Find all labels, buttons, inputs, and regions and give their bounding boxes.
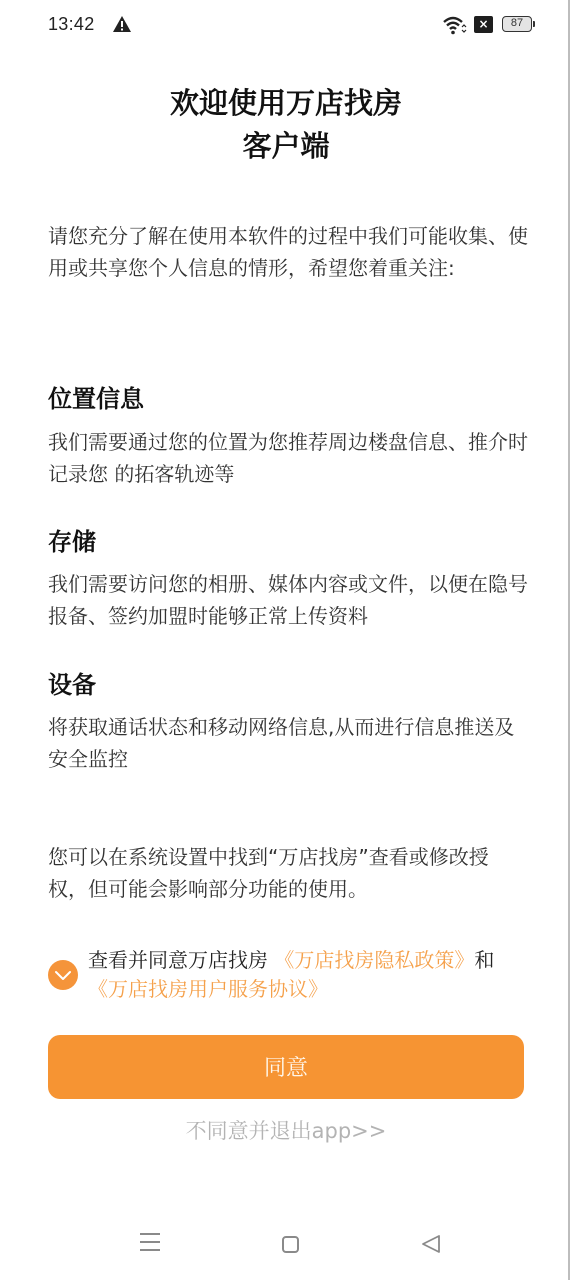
battery-tip [533, 21, 535, 27]
consent-text: 查看并同意万店找房 《万店找房隐私政策》和《万店找房用户服务协议》 [88, 946, 528, 1004]
privacy-policy-link[interactable]: 《万店找房隐私政策》 [274, 948, 474, 972]
decline-exit-link[interactable]: 不同意并退出app>> [0, 1116, 572, 1146]
page-title: 欢迎使用万店找房 客户端 [0, 82, 572, 168]
consent-prefix: 查看并同意万店找房 [88, 948, 274, 972]
status-bar: 13:42 × 87 [0, 0, 572, 52]
battery-icon: 87 [502, 16, 532, 32]
screen-edge-divider [568, 0, 570, 1280]
section-title-storage: 存储 [48, 527, 96, 557]
consent-joiner: 和 [474, 948, 494, 972]
page-title-line2: 客户端 [0, 125, 572, 168]
back-icon[interactable] [421, 1234, 441, 1254]
settings-note: 您可以在系统设置中找到“万店找房”查看或修改授权，但可能会影响部分功能的使用。 [48, 841, 528, 905]
check-icon [55, 969, 71, 981]
section-body-device: 将获取通话状态和移动网络信息,从而进行信息推送及安全监控 [48, 711, 528, 775]
agree-button[interactable]: 同意 [48, 1035, 524, 1099]
intro-text: 请您充分了解在使用本软件的过程中我们可能收集、使用或共享您个人信息的情形，希望您… [48, 220, 528, 284]
alert-triangle-icon [113, 16, 131, 32]
wifi-icon [443, 15, 467, 35]
page-title-line1: 欢迎使用万店找房 [0, 82, 572, 125]
section-title-device: 设备 [48, 670, 96, 700]
section-body-storage: 我们需要访问您的相册、媒体内容或文件，以便在隐号报备、签约加盟时能够正常上传资料 [48, 568, 528, 632]
consent-checkbox[interactable] [48, 960, 78, 990]
home-icon[interactable] [282, 1236, 299, 1253]
terms-of-service-link[interactable]: 《万店找房用户服务协议》 [88, 977, 328, 1001]
status-time: 13:42 [48, 14, 95, 35]
menu-icon[interactable] [140, 1233, 160, 1253]
no-sim-icon: × [474, 16, 493, 33]
section-body-location: 我们需要通过您的位置为您推荐周边楼盘信息、推介时记录您 的拓客轨迹等 [48, 426, 528, 490]
section-title-location: 位置信息 [48, 384, 144, 414]
